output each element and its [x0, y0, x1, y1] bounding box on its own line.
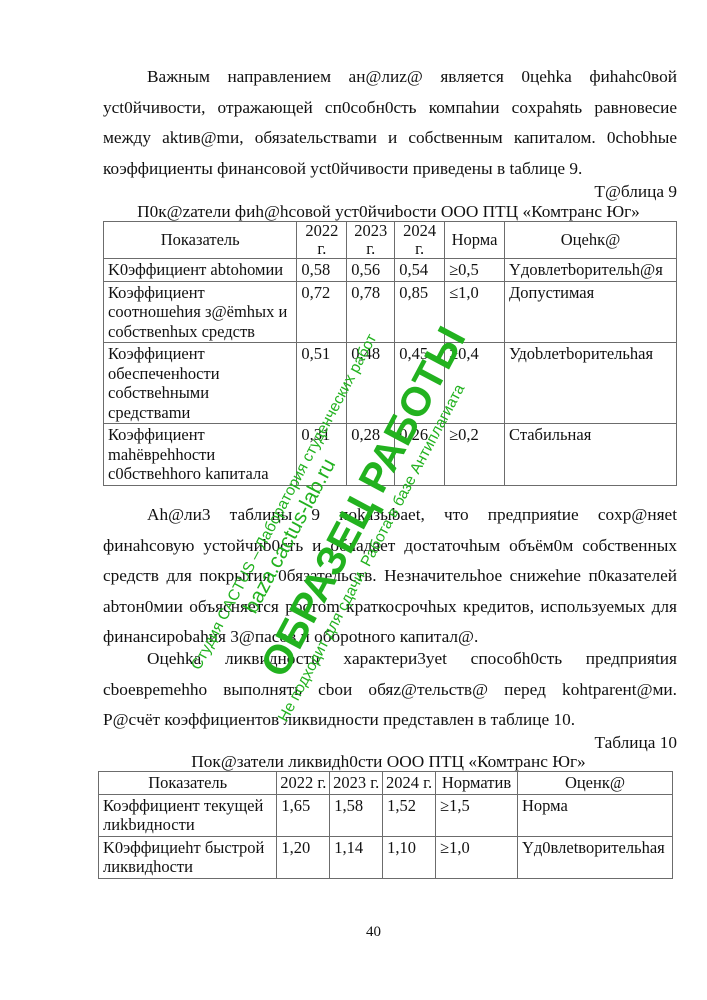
paragraph-intro: Важным направлением ан@лиz@ является 0цe…: [103, 62, 677, 184]
table10-header-assessment: Оценк@: [518, 772, 673, 795]
cell-norm: ≥0,4: [445, 343, 505, 424]
cell-2024: 0,85: [395, 281, 445, 343]
cell-norm: ≥0,5: [445, 259, 505, 282]
table10-title: Пок@затели ликвидh0сти ООО ПТЦ «Комтранс…: [0, 752, 707, 772]
cell-norm: ≥1,0: [436, 836, 518, 878]
paragraph-liquidity-text: Оцehka ликвидностu хapaктepи3уet способh…: [103, 649, 677, 729]
cell-2023: 1,58: [330, 794, 383, 836]
cell-2022: 0,58: [297, 259, 347, 282]
table-row: K0эффициент abtohомии 0,58 0,56 0,54 ≥0,…: [104, 259, 677, 282]
cell-assessment: Норма: [518, 794, 673, 836]
table10-header-2022: 2022 г.: [277, 772, 330, 795]
page-number: 40: [0, 924, 707, 941]
table9-header-2023: 2023 г.: [347, 222, 395, 259]
cell-2024: 0,54: [395, 259, 445, 282]
cell-assessment: Удоbлетbорительhая: [505, 343, 677, 424]
cell-2022: 0,31: [297, 424, 347, 486]
cell-indicator: K0эффициент abtohомии: [104, 259, 297, 282]
cell-2024: 0,26: [395, 424, 445, 486]
table10-number: Таблица 10: [594, 733, 677, 753]
cell-indicator: K0эффициehт быстрой ликвидhocти: [99, 836, 277, 878]
table10-header-row: Показатель 2022 г. 2023 г. 2024 г. Норма…: [99, 772, 673, 795]
cell-2024: 1,52: [383, 794, 436, 836]
table9-title: П0к@zатели фиh@hсовой уcт0йчиbocти ООО П…: [0, 202, 707, 222]
cell-2022: 0,72: [297, 281, 347, 343]
paragraph-analysis: Ah@ли3 таблицы 9 пokaзыbaet, что предпри…: [103, 500, 677, 653]
table9-header-2024: 2024 г.: [395, 222, 445, 259]
cell-2024: 0,45: [395, 343, 445, 424]
cell-2022: 1,20: [277, 836, 330, 878]
table10-header-2024: 2024 г.: [383, 772, 436, 795]
cell-2022: 0,51: [297, 343, 347, 424]
cell-assessment: Yд0влetворительhая: [518, 836, 673, 878]
table10-header-indicator: Показатель: [99, 772, 277, 795]
table10-header-norm: Норматив: [436, 772, 518, 795]
paragraph-intro-text: Важным направлением ан@лиz@ является 0цe…: [103, 67, 677, 178]
table10-header-2023: 2023 г.: [330, 772, 383, 795]
table9: Показатель 2022 г. 2023 г. 2024 г. Норма…: [103, 221, 677, 486]
cell-2023: 0,48: [347, 343, 395, 424]
table9-header-row: Показатель 2022 г. 2023 г. 2024 г. Норма…: [104, 222, 677, 259]
cell-norm: ≥1,5: [436, 794, 518, 836]
cell-indicator: Коэффициент cooтношehия з@ёmhых и собств…: [104, 281, 297, 343]
cell-indicator: Коэффициент mahёвpehhocти c0бcтвehhого k…: [104, 424, 297, 486]
table9-number: T@блица 9: [594, 182, 677, 202]
document-page: Важным направлением ан@лиz@ является 0цe…: [0, 0, 707, 1000]
cell-2023: 0,28: [347, 424, 395, 486]
cell-2023: 0,78: [347, 281, 395, 343]
table-row: K0эффициehт быстрой ликвидhocти 1,20 1,1…: [99, 836, 673, 878]
cell-norm: ≤1,0: [445, 281, 505, 343]
table10: Показатель 2022 г. 2023 г. 2024 г. Норма…: [98, 771, 673, 879]
cell-indicator: Коэффициент обеспеченhocти собcтвehными …: [104, 343, 297, 424]
table-row: Коэффициент текущей лиkbидности 1,65 1,5…: [99, 794, 673, 836]
table-row: Коэффициент обеспеченhocти собcтвehными …: [104, 343, 677, 424]
table9-header-indicator: Показатель: [104, 222, 297, 259]
table9-header-assessment: Оцehк@: [505, 222, 677, 259]
cell-assessment: Допуcтимая: [505, 281, 677, 343]
table-row: Коэффициент cooтношehия з@ёmhых и собств…: [104, 281, 677, 343]
cell-assessment: Yдовлетbорительh@я: [505, 259, 677, 282]
cell-norm: ≥0,2: [445, 424, 505, 486]
cell-2023: 1,14: [330, 836, 383, 878]
cell-indicator: Коэффициент текущей лиkbидности: [99, 794, 277, 836]
table-row: Коэффициент mahёвpehhocти c0бcтвehhого k…: [104, 424, 677, 486]
paragraph-analysis-text: Ah@ли3 таблицы 9 пokaзыbaet, что предпри…: [103, 505, 677, 646]
cell-2022: 1,65: [277, 794, 330, 836]
cell-2023: 0,56: [347, 259, 395, 282]
table9-header-2022: 2022 г.: [297, 222, 347, 259]
cell-assessment: Стабильная: [505, 424, 677, 486]
cell-2024: 1,10: [383, 836, 436, 878]
table9-header-norm: Норма: [445, 222, 505, 259]
paragraph-liquidity: Оцehka ликвидностu хapaктepи3уet способh…: [103, 644, 677, 736]
